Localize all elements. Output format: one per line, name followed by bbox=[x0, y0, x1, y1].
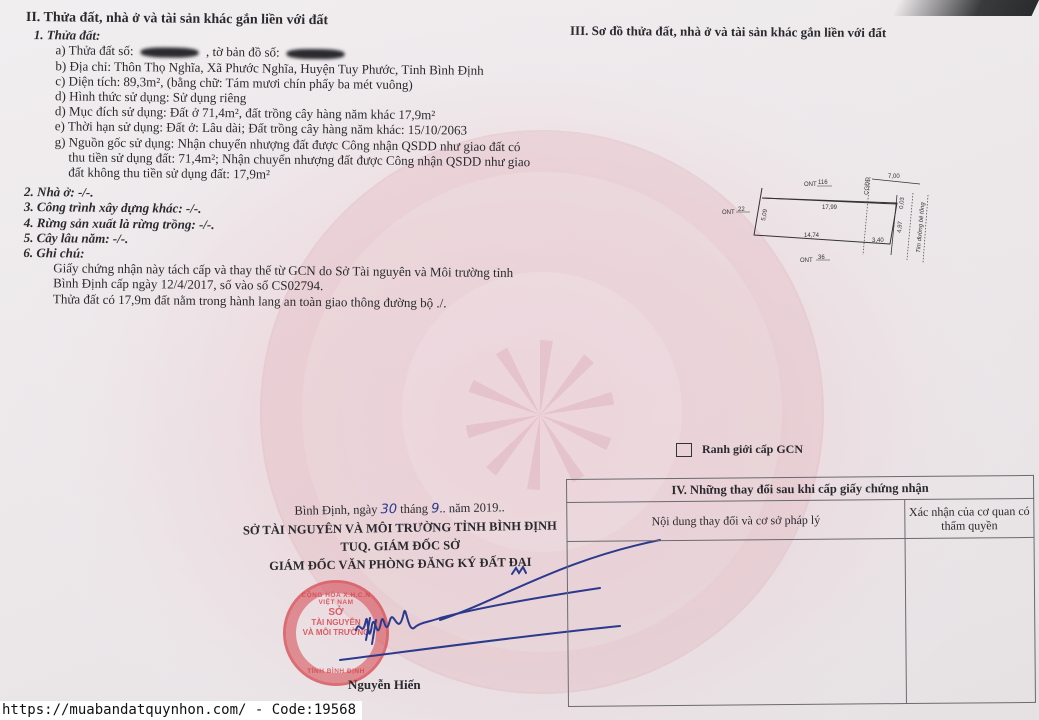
boundary-label: CGĐĐ bbox=[864, 176, 872, 195]
redacted-map-sheet-number bbox=[287, 49, 345, 60]
road-label: Tim đường bê tông bbox=[916, 201, 926, 253]
plot-diagram: 7,00 ONT 116 ONT 22 ONT 36 17,99 14,74 3… bbox=[700, 165, 940, 275]
column-authority-confirmation: Xác nhận của cơ quan có thẩm quyền bbox=[905, 498, 1034, 538]
plot-number-label: a) Thửa đất số: bbox=[56, 43, 134, 59]
column-change-content: Nội dung thay đổi và cơ sở pháp lý bbox=[567, 500, 905, 542]
neighbor-top: ONT bbox=[804, 182, 817, 188]
section-land-details: II. Thửa đất, nhà ở và tài sản khác gắn … bbox=[23, 10, 546, 311]
issue-year: 2019 bbox=[473, 500, 498, 514]
issue-day: 30 bbox=[380, 502, 397, 517]
signature-block: Bình Định, ngày 30 tháng 9.. năm 2019.. … bbox=[239, 497, 560, 575]
issue-month: 9 bbox=[431, 501, 440, 516]
background-edge bbox=[892, 0, 1039, 16]
bottom-right-length: 3,40 bbox=[872, 238, 884, 244]
map-sheet-label: , tờ bản đồ số: bbox=[206, 44, 280, 60]
signer-name: Nguyễn Hiến bbox=[348, 677, 421, 693]
legend-box-icon bbox=[676, 443, 692, 457]
left-width: 5,09 bbox=[761, 208, 769, 221]
neighbor-bottom: ONT bbox=[800, 258, 813, 264]
neighbor-left: ONT bbox=[722, 210, 735, 216]
authority-confirmation-cell bbox=[905, 537, 1035, 703]
source-watermark: https://muabandatquynhon.com/ - Code:195… bbox=[0, 701, 362, 720]
official-stamp: CỘNG HÒA X.H.C.N VIỆT NAM SỞ TÀI NGUYÊN … bbox=[283, 580, 389, 686]
top-length: 17,99 bbox=[822, 205, 838, 211]
right-width-a: 4,97 bbox=[897, 220, 904, 233]
bottom-length: 14,74 bbox=[804, 233, 820, 239]
section-iii-heading: III. Sơ đồ thửa đất, nhà ở và tài sản kh… bbox=[570, 23, 886, 41]
right-width-b: 0,03 bbox=[899, 196, 906, 209]
legend: Ranh giới cấp GCN bbox=[676, 442, 803, 457]
watermark-star bbox=[465, 340, 615, 490]
legend-label: Ranh giới cấp GCN bbox=[702, 442, 803, 457]
neighbor-top-no: 116 bbox=[818, 180, 828, 186]
road-offset-label: 7,00 bbox=[888, 174, 900, 180]
certificate-page: II. Thửa đất, nhà ở và tài sản khác gắn … bbox=[0, 0, 1039, 720]
redacted-plot-number bbox=[141, 48, 199, 59]
change-content-cell bbox=[567, 539, 906, 707]
changes-table: IV. Những thay đổi sau khi cấp giấy chứn… bbox=[566, 475, 1036, 707]
